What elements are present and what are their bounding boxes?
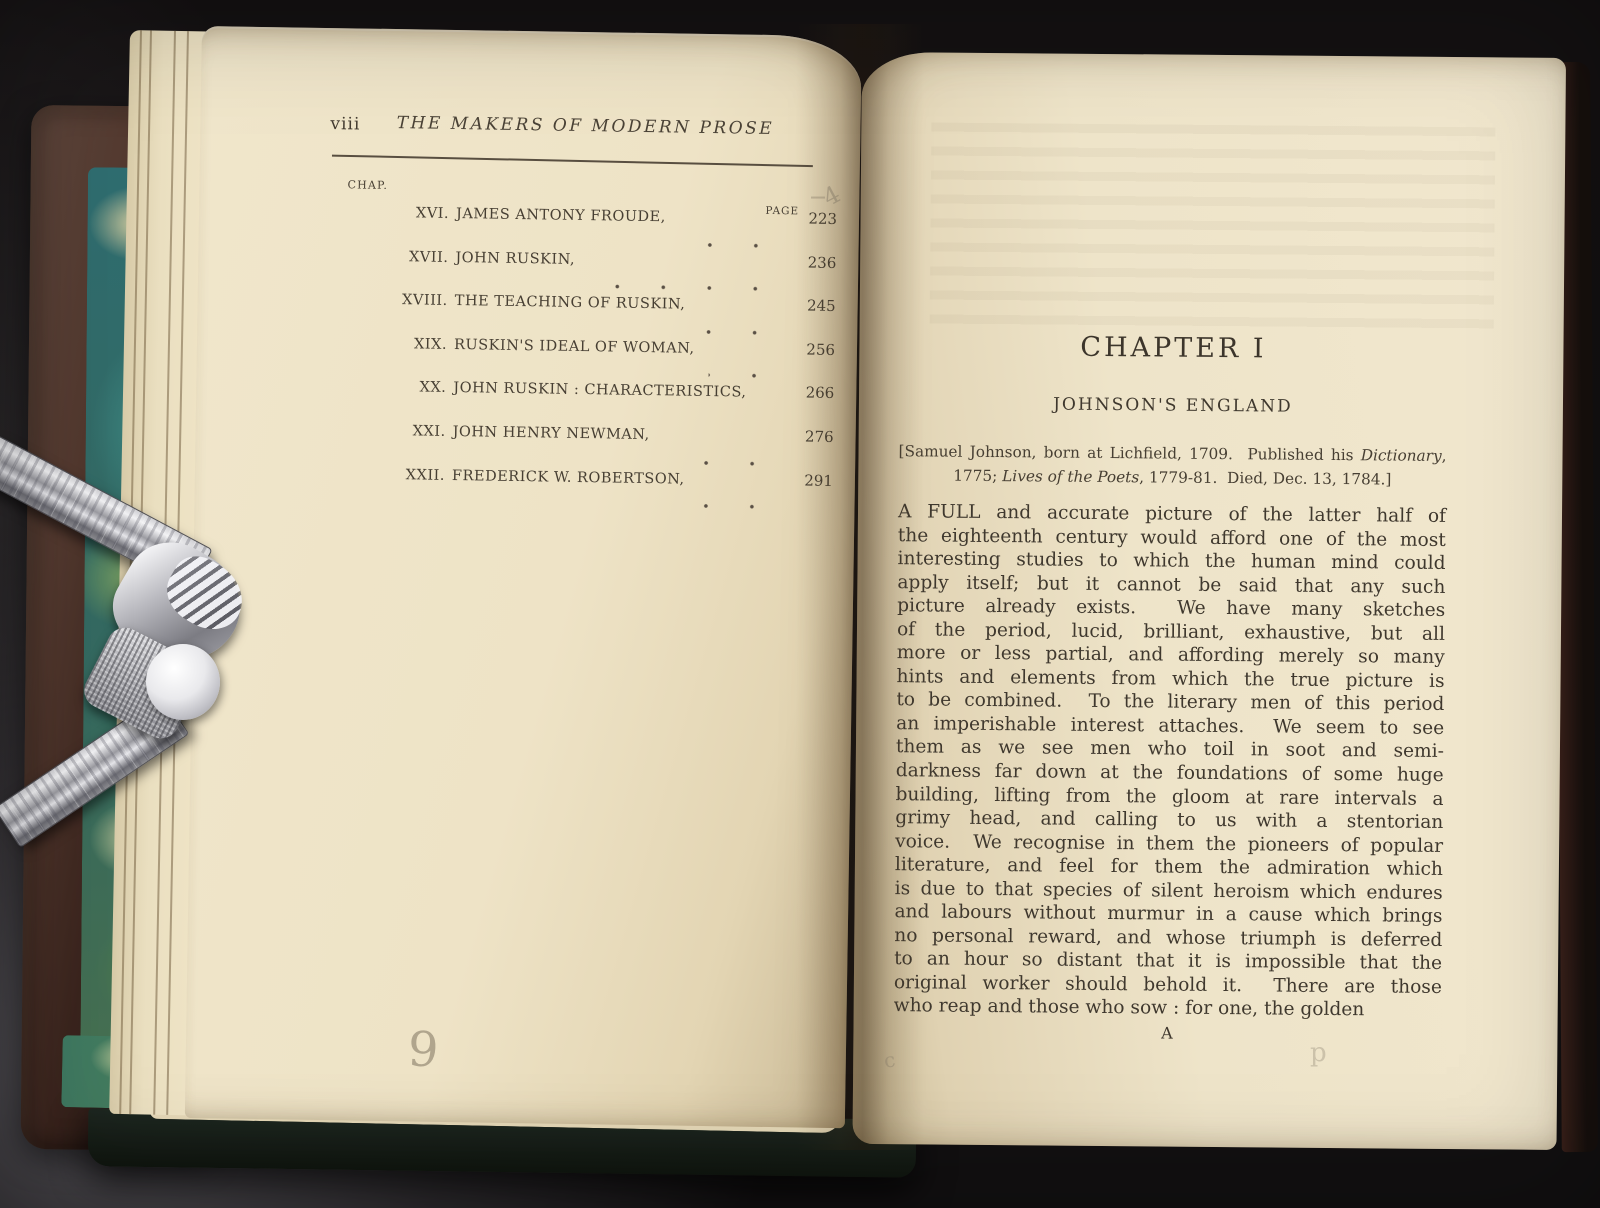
toc-dot-leader [663, 457, 775, 467]
toc-chap-column-header: CHAP. [347, 178, 388, 192]
toc-row: XXII.FREDERICK W. ROBERTSON,291 [342, 464, 833, 515]
toc-dot-leader [698, 501, 774, 510]
running-title: THE MAKERS OF MODERN PROSE [350, 112, 820, 139]
toc-dot-leader [679, 239, 778, 249]
toc-row: XXI.JOHN HENRY NEWMAN,276 [343, 420, 834, 471]
toc-row: XVI.JAMES ANTONY FROUDE,223 [347, 202, 838, 253]
note-segment: [Samuel Johnson, born at Lichfield, 1709… [898, 442, 1360, 464]
toc-entry-page-number: 266 [786, 384, 834, 403]
body-text: A FULL and accurate picture of the latte… [894, 500, 1446, 1023]
note-italic-segment: Dictionary [1361, 446, 1442, 465]
toc-entry-number: XXII. [343, 466, 452, 484]
toc-list: XVI.JAMES ANTONY FROUDE,223XVII.JOHN RUS… [342, 202, 837, 515]
toc-entry-title: THE TEACHING OF RUSKIN, [455, 293, 686, 313]
toc-entry-page-number: 245 [788, 296, 836, 315]
toc-row: XIX.RUSKIN'S IDEAL OF WOMAN,256 [345, 333, 836, 384]
toc-dot-leader [708, 370, 777, 379]
toc-entry-page-number: 256 [787, 340, 835, 359]
pencil-mark-nine: 9 [407, 1021, 440, 1079]
toc-row: XX.JOHN RUSKIN : CHARACTERISTICS,266 [344, 377, 835, 428]
toc-entry-page-number: 276 [785, 427, 833, 446]
toc-entry-title: JOHN RUSKIN : CHARACTERISTICS, [453, 380, 746, 401]
signature-mark: A [893, 1021, 1441, 1045]
header-rule [332, 155, 813, 167]
toc-entry-number: XVIII. [346, 291, 455, 309]
chapter-note: [Samuel Johnson, born at Lichfield, 1709… [898, 439, 1446, 492]
toc-entry-title: JAMES ANTONY FROUDE, [456, 206, 666, 225]
toc-row: XVIII.THE TEACHING OF RUSKIN,245 [345, 289, 836, 340]
toc-entry-page-number: 291 [785, 471, 833, 490]
toc-entry-number: XX. [344, 379, 453, 397]
toc-entry-title: JOHN RUSKIN, [455, 250, 575, 268]
toc-entry-title: RUSKIN'S IDEAL OF WOMAN, [454, 337, 695, 357]
toc-entry-number: XXI. [344, 422, 453, 440]
chapter-subtitle: JOHNSON'S ENGLAND [899, 393, 1447, 418]
text-block: CHAPTER I JOHNSON'S ENGLAND [Samuel John… [893, 52, 1450, 1045]
toc-entry-number: XVII. [346, 248, 455, 266]
note-segment: , 1779-81. Died, Dec. 13, 1784.] [1139, 468, 1391, 488]
toc-entry-title: JOHN HENRY NEWMAN, [453, 424, 650, 443]
toc-dot-leader [699, 327, 777, 336]
toc-dot-leader [589, 281, 778, 292]
pencil-mark-bottom-right: p [1310, 1038, 1327, 1068]
right-page: CHAPTER I JOHNSON'S ENGLAND [Samuel John… [852, 52, 1566, 1150]
chapter-heading: CHAPTER I [899, 330, 1447, 366]
book-photo: viii THE MAKERS OF MODERN PROSE CHAP. PA… [0, 0, 1600, 1208]
note-italic-segment: Lives of the Poets [1002, 467, 1139, 486]
silver-clasp-disc [146, 644, 220, 720]
toc-row: XVII.JOHN RUSKIN,236 [346, 246, 837, 297]
toc-entry-number: XIX. [345, 335, 454, 353]
toc-entry-title: FREDERICK W. ROBERTSON, [452, 468, 685, 488]
toc-entry-number: XVI. [347, 204, 456, 222]
toc-dot-leader [760, 415, 776, 423]
body-line: who reap and those who sow : for one, th… [894, 995, 1442, 1023]
left-page: viii THE MAKERS OF MODERN PROSE CHAP. PA… [185, 26, 862, 1128]
toc-entry-page-number: 236 [788, 253, 836, 272]
toc-entry-page-number: 223 [789, 209, 837, 228]
